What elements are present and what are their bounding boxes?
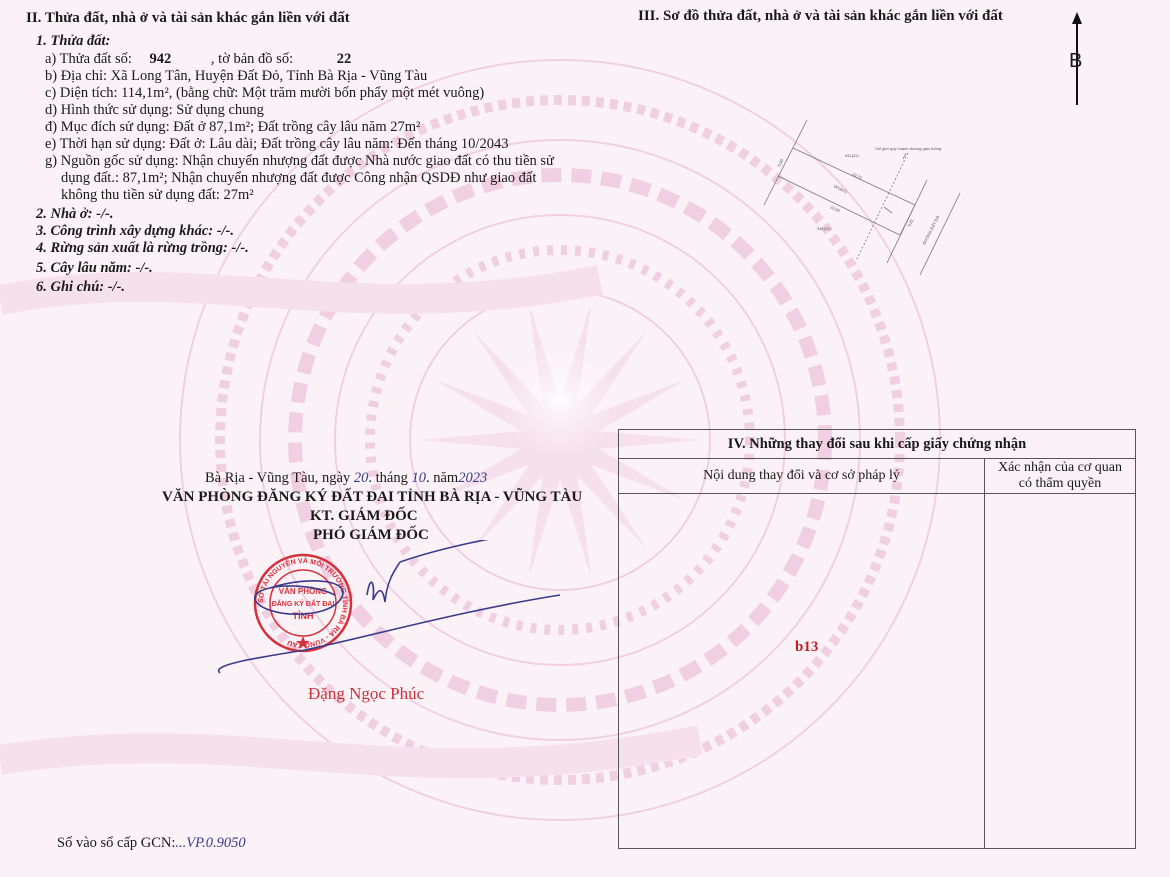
origin-row-2: dụng đất.: 87,1m²; Nhận chuyển nhượng đấ…	[61, 170, 536, 187]
month-label: tháng	[376, 470, 408, 486]
parcel-diagram: 941(22) Chỉ giới quy hoạch đường giao th…	[760, 105, 980, 280]
parcel-heading: 1. Thửa đất:	[36, 33, 110, 50]
section3-heading: III. Sơ đồ thửa đất, nhà ở và tài sản kh…	[638, 8, 1003, 25]
section2-heading: II. Thửa đất, nhà ở và tài sản khác gắn …	[26, 10, 350, 27]
year-label: năm	[433, 470, 458, 486]
map-sheet-number: 22	[337, 51, 352, 67]
parcel-number-label: a) Thửa đất số:	[45, 51, 132, 67]
confirmation-cell	[985, 494, 1136, 849]
area-row: c) Diện tích: 114,1m², (bằng chữ: Một tr…	[45, 85, 484, 102]
svg-text:ĐĂNG KÝ ĐẤT ĐAI: ĐĂNG KÝ ĐẤT ĐAI	[272, 598, 335, 608]
north-label: B	[1069, 50, 1082, 73]
usage-purpose-row: đ) Mục đích sử dụng: Đất ở 87,1m²; Đất t…	[45, 119, 420, 136]
place-date-line: Bà Rịa - Vũng Tàu, ngày 20. tháng 10. nă…	[205, 470, 487, 487]
issue-month: 10	[411, 470, 426, 486]
section4-heading: IV. Những thay đổi sau khi cấp giấy chứn…	[619, 430, 1136, 459]
parcel-number: 942	[150, 51, 172, 67]
planning-note: Chỉ giới quy hoạch đường giao thông	[875, 146, 941, 151]
house-item: 2. Nhà ở: -/-.	[36, 206, 113, 223]
road-label: ĐƯỜNG ĐẤT ĐỎ	[921, 215, 940, 246]
perennial-tree-item: 5. Cây lâu năm: -/-.	[36, 260, 153, 277]
change-content-cell: b13	[619, 494, 985, 849]
notes-item: 6. Ghi chú: -/-.	[36, 279, 125, 296]
handwritten-note: b13	[795, 639, 818, 656]
neighbor-top-label: 941(22)	[845, 153, 859, 158]
origin-row-1: g) Nguồn gốc sử dụng: Nhận chuyển nhượng…	[45, 153, 554, 170]
edge-top-length: 22,72	[852, 171, 864, 180]
signer-title-1: KT. GIÁM ĐỐC	[310, 508, 418, 525]
issuing-office: VĂN PHÒNG ĐĂNG KÝ ĐẤT ĐAI TỈNH BÀ RỊA - …	[162, 489, 582, 506]
other-construction-item: 3. Công trình xây dựng khác: -/-.	[36, 223, 234, 240]
registry-line: Số vào sổ cấp GCN:...VP.0.9050	[57, 835, 246, 852]
parcel-number-row: a) Thửa đất số: 942 , tờ bản đồ số: 22	[45, 51, 351, 68]
issue-day: 20	[354, 470, 369, 486]
neighbor-bottom-label: 941(22)	[817, 226, 831, 231]
registry-number: ...VP.0.9050	[175, 835, 245, 851]
forest-item: 4. Rừng sản xuất là rừng trồng: -/-.	[36, 240, 249, 257]
changes-table: IV. Những thay đổi sau khi cấp giấy chứn…	[618, 429, 1136, 849]
usage-term-row: e) Thời hạn sử dụng: Đất ở: Lâu dài; Đất…	[45, 136, 508, 153]
column-header-confirmation: Xác nhận của cơ quan có thẩm quyền	[985, 459, 1136, 494]
signer-name: Đặng Ngọc Phúc	[308, 684, 424, 704]
origin-row-3: không thu tiền sử dụng đất: 27m²	[61, 187, 254, 204]
usage-form-row: d) Hình thức sử dụng: Sử dụng chung	[45, 102, 264, 119]
official-seal-and-signature: SỞ TÀI NGUYÊN VÀ MÔI TRƯỜNG TỈNH BÀ RỊA …	[215, 540, 575, 680]
registry-label: Số vào sổ cấp GCN:	[57, 835, 175, 851]
column-header-content: Nội dung thay đổi và cơ sở pháp lý	[619, 459, 985, 494]
svg-text:TỈNH: TỈNH	[293, 610, 314, 621]
issue-year: 2023	[458, 470, 487, 486]
address-row: b) Địa chỉ: Xã Long Tân, Huyện Đất Đỏ, T…	[45, 68, 427, 85]
parcel-label: VP(942)	[833, 183, 849, 194]
svg-text:VĂN PHÒNG: VĂN PHÒNG	[279, 587, 327, 596]
map-sheet-label: , tờ bản đồ số:	[211, 51, 293, 67]
place-date-label: Bà Rịa - Vũng Tàu, ngày	[205, 470, 350, 486]
